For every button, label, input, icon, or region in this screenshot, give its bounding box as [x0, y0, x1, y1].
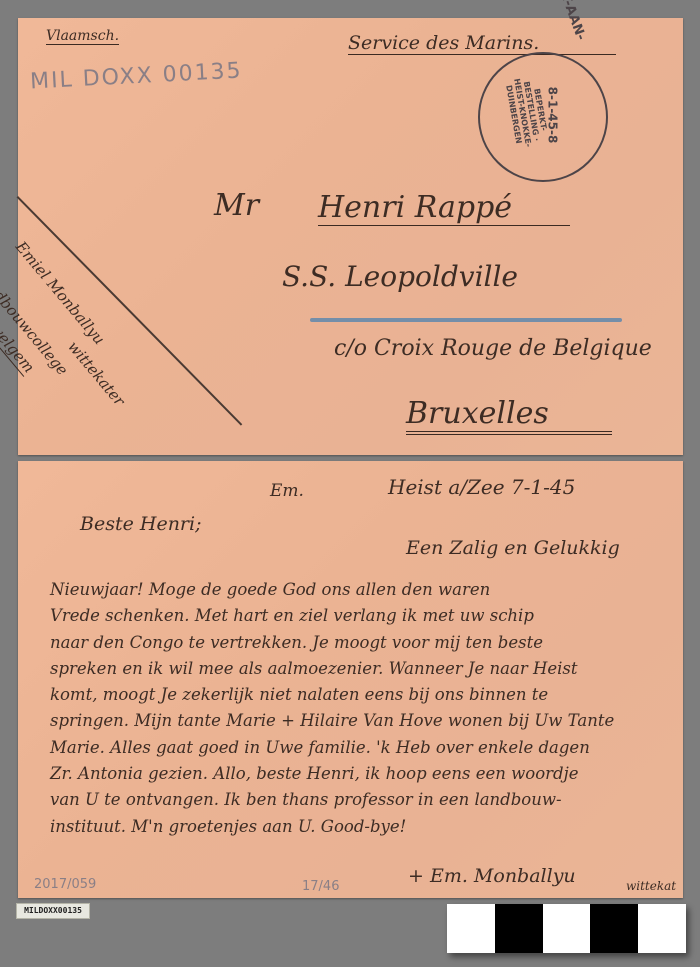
postcard-back: Em. Heist a/Zee 7-1-45 Beste Henri; Een …	[18, 461, 683, 898]
postcard-front: Vlaamsch. MIL DOXX 00135 Service des Mar…	[18, 18, 683, 455]
recipient-name: Henri Rappé	[318, 190, 570, 226]
letter-line: Marie. Alles gaat goed in Uwe familie. '…	[50, 735, 680, 761]
letter-line-0: Een Zalig en Gelukkig	[406, 537, 620, 559]
signature-suffix: wittekat	[626, 879, 676, 893]
letter-header-left: Em.	[270, 481, 304, 501]
scale-segment-white	[638, 904, 686, 953]
scale-segment-black	[495, 904, 543, 953]
recipient-ship: S.S. Leopoldville	[282, 260, 518, 293]
letter-place-date: Heist a/Zee 7-1-45	[388, 475, 575, 499]
letter-line: Nieuwjaar! Moge de goede God ons allen d…	[50, 577, 680, 603]
postmark-date: 8-1-45-8	[545, 87, 559, 144]
letter-line: instituut. M'n groetenjes aan U. Good-by…	[50, 814, 680, 840]
letter-salutation: Beste Henri;	[80, 513, 202, 535]
letter-body: Nieuwjaar! Moge de goede God ons allen d…	[50, 577, 680, 840]
archive-pencil-id: MIL DOXX 00135	[29, 58, 243, 94]
category-note: Vlaamsch.	[46, 28, 119, 45]
scale-segment-white	[543, 904, 591, 953]
postmark-stamp: *HEIST-AAN-ZEE* BEPERKT-BESTELLING · HEI…	[478, 52, 608, 182]
scale-segment-black	[590, 904, 638, 953]
letter-line: naar den Congo te vertrekken. Je moogt v…	[50, 630, 680, 656]
letter-line: komt, moogt Je zekerlijk niet nalaten ee…	[50, 682, 680, 708]
letter-signature: + Em. Monballyu	[408, 865, 576, 887]
recipient-care-of: c/o Croix Rouge de Belgique	[334, 336, 652, 361]
letter-line: Zr. Antonia gezien. Allo, beste Henri, i…	[50, 761, 680, 787]
scale-segment-white	[447, 904, 495, 953]
recipient-city: Bruxelles	[406, 396, 612, 435]
letter-line: Vrede schenken. Met hart en ziel verlang…	[50, 603, 680, 629]
blue-crayon-line	[310, 318, 622, 322]
pencil-ref-left: 2017/059	[34, 877, 96, 892]
letter-line: spreken en ik wil mee als aalmoezenier. …	[50, 656, 680, 682]
color-scale-bar	[447, 904, 686, 953]
pencil-ref-mid: 17/46	[302, 879, 339, 894]
sender-address: Emiel Monballyu wittekater landbouwcolle…	[0, 236, 149, 458]
letter-line: springen. Mijn tante Marie + Hilaire Van…	[50, 708, 680, 734]
recipient-title: Mr	[214, 188, 259, 223]
letter-line: van U te ontvangen. Ik ben thans profess…	[50, 787, 680, 813]
catalog-label: MILDOXX00135	[16, 903, 90, 919]
